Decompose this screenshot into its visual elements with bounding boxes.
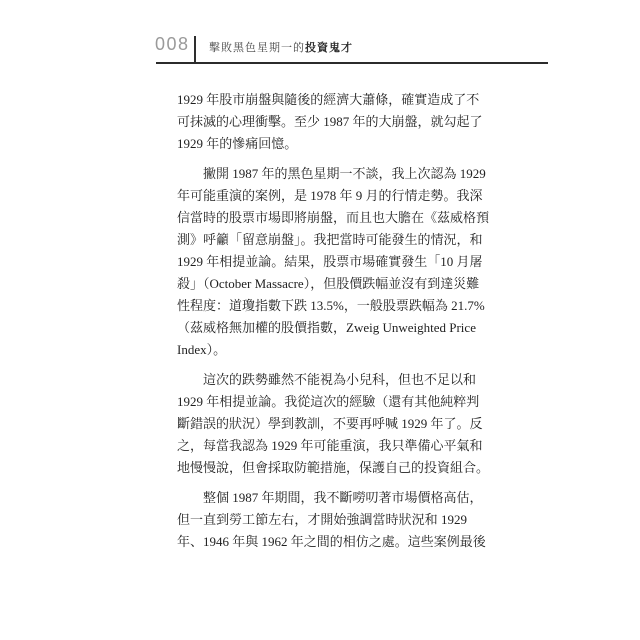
text-line: 年、1946 年與 1962 年之間的相仿之處。這些案例最後 (177, 531, 467, 553)
text-line: 殺」（October Massacre），但股價跌幅並沒有到達災難 (177, 273, 467, 295)
paragraph: 這次的跌勢雖然不能視為小兒科，但也不足以和1929 年相提並論。我從這次的經驗（… (177, 369, 467, 479)
page-body: 1929 年股市崩盤與隨後的經濟大蕭條，確實造成了不可抹滅的心理衝擊。至少 19… (177, 89, 467, 561)
text-line: 1929 年的慘痛回憶。 (177, 133, 467, 155)
page-number: 008 (155, 34, 190, 54)
running-header-title: 擊敗黑色星期一的投資鬼才 (209, 42, 353, 54)
text-line: Index）。 (177, 339, 467, 361)
chapter-title-regular: 擊敗黑色星期一的 (209, 42, 305, 54)
header-divider-line (194, 36, 196, 62)
text-line: 撇開 1987 年的黑色星期一不談，我上次認為 1929 (177, 163, 467, 185)
text-line: 之，每當我認為 1929 年可能重演，我只準備心平氣和 (177, 435, 467, 457)
text-line: 1929 年股市崩盤與隨後的經濟大蕭條，確實造成了不 (177, 89, 467, 111)
text-line: 整個 1987 年期間，我不斷嘮叨著市場價格高估， (177, 487, 467, 509)
text-line: 信當時的股票市場即將崩盤，而且也大膽在《茲威格預 (177, 207, 467, 229)
text-line: 年可能重演的案例，是 1978 年 9 月的行情走勢。我深 (177, 185, 467, 207)
text-line: 1929 年相提並論。結果，股票市場確實發生「10 月屠 (177, 251, 467, 273)
chapter-title-bold: 投資鬼才 (305, 42, 353, 54)
text-line: （茲威格無加權的股價指數，Zweig Unweighted Price (177, 317, 467, 339)
text-line: 測》呼籲「留意崩盤」。我把當時可能發生的情況，和 (177, 229, 467, 251)
text-line: 但一直到勞工節左右，才開始強調當時狀況和 1929 (177, 509, 467, 531)
book-page: 008 擊敗黑色星期一的投資鬼才 1929 年股市崩盤與隨後的經濟大蕭條，確實造… (0, 0, 640, 640)
text-line: 斷錯誤的狀況）學到教訓，不要再呼喊 1929 年了。反 (177, 413, 467, 435)
text-line: 這次的跌勢雖然不能視為小兒科，但也不足以和 (177, 369, 467, 391)
paragraph: 撇開 1987 年的黑色星期一不談，我上次認為 1929年可能重演的案例，是 1… (177, 163, 467, 361)
text-line: 可抹滅的心理衝擊。至少 1987 年的大崩盤，就勾起了 (177, 111, 467, 133)
text-line: 地慢慢說，但會採取防範措施，保護自己的投資組合。 (177, 457, 467, 479)
paragraph: 整個 1987 年期間，我不斷嘮叨著市場價格高估，但一直到勞工節左右，才開始強調… (177, 487, 467, 553)
text-line: 1929 年相提並論。我從這次的經驗（還有其他純粹判 (177, 391, 467, 413)
paragraph: 1929 年股市崩盤與隨後的經濟大蕭條，確實造成了不可抹滅的心理衝擊。至少 19… (177, 89, 467, 155)
text-line: 性程度：道瓊指數下跌 13.5%，一般股票跌幅為 21.7% (177, 295, 467, 317)
header-rule (156, 62, 548, 64)
